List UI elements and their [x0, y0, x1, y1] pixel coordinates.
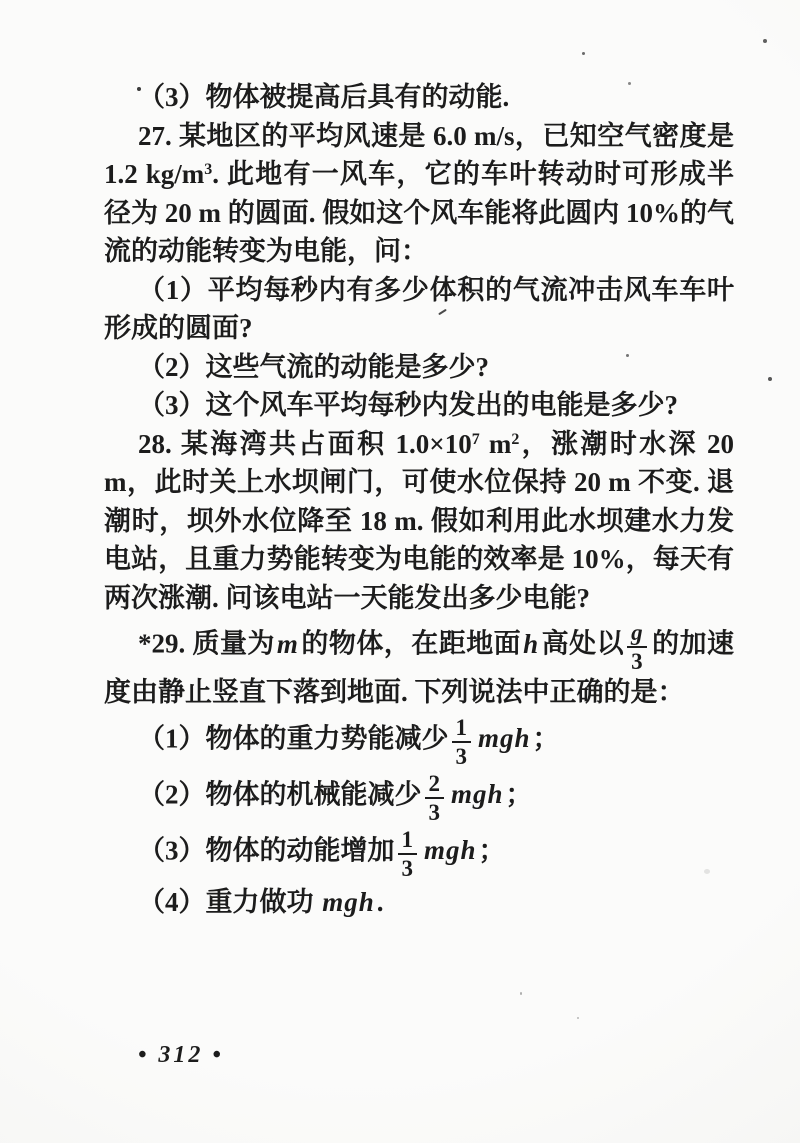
scan-speck: [582, 52, 585, 55]
text-run: （3）物体被提高后具有的动能.: [138, 82, 509, 112]
scan-speck: [626, 354, 629, 357]
text-run: （3）物体的动能增加: [138, 835, 395, 865]
paragraph-option-29-3: （3）物体的动能增加13mgh；: [104, 827, 734, 880]
fraction-denominator: 3: [452, 743, 472, 768]
scanned-page: （3）物体被提高后具有的动能.27. 某地区的平均风速是 6.0 m/s，已知空…: [0, 0, 800, 1143]
text-run: （1）物体的重力势能减少: [138, 723, 449, 753]
paragraph-option-29-2: （2）物体的机械能减少23mgh；: [104, 771, 734, 824]
fraction: 23: [425, 771, 445, 824]
text-run: （3）这个风车平均每秒内发出的电能是多少?: [138, 390, 678, 420]
fraction-denominator: 3: [627, 648, 647, 673]
paragraph-option-29-4: （4）重力做功 mgh.: [104, 883, 734, 922]
fraction: 13: [398, 827, 418, 880]
fraction: 13: [452, 715, 472, 768]
paragraph-problem-27: 27. 某地区的平均风速是 6.0 m/s，已知空气密度是 1.2 kg/m3.…: [104, 117, 734, 271]
scan-speck: [137, 87, 141, 91]
paragraph-question-27-3: （3）这个风车平均每秒内发出的电能是多少?: [104, 386, 734, 425]
text-run: 高处以: [541, 629, 624, 659]
text-run: （1）平均每秒内有多少体积的气流冲击风车车叶形成的圆面?: [104, 275, 734, 344]
paragraph-question-27-1: （1）平均每秒内有多少体积的气流冲击风车车叶形成的圆面?: [104, 271, 734, 348]
text-run: .: [377, 887, 384, 917]
scan-speck: [520, 992, 522, 995]
text-run: 28. 某海湾共占面积 1.0×10: [138, 429, 472, 459]
scan-speck: [704, 869, 710, 874]
scan-speck: [628, 82, 631, 85]
math-variable: h: [523, 629, 539, 659]
paragraph-item3-prev-problem: （3）物体被提高后具有的动能.: [104, 78, 734, 117]
fraction-numerator: 1: [398, 827, 418, 855]
page-number: • 312 •: [138, 1042, 224, 1069]
math-variable: mgh: [322, 887, 375, 917]
fraction-denominator: 3: [425, 799, 445, 824]
fraction-numerator: 1: [452, 715, 472, 743]
text-run: （2）这些气流的动能是多少?: [138, 352, 489, 382]
scan-speck: [768, 377, 772, 381]
math-variable: mgh: [451, 779, 504, 809]
scan-speck: [577, 1017, 579, 1019]
math-variable: mgh: [424, 835, 477, 865]
text-run: （2）物体的机械能减少: [138, 779, 422, 809]
page-text: （3）物体被提高后具有的动能.27. 某地区的平均风速是 6.0 m/s，已知空…: [104, 78, 734, 921]
fraction-numerator: g: [627, 620, 647, 648]
text-run: ；: [479, 835, 506, 865]
text-run: ；: [533, 723, 560, 753]
paragraph-option-29-1: （1）物体的重力势能减少13mgh；: [104, 715, 734, 768]
math-variable: mgh: [478, 723, 531, 753]
fraction: g3: [627, 620, 647, 673]
text-run: *29. 质量为: [138, 629, 275, 659]
paragraph-problem-29: *29. 质量为m的物体，在距地面h高处以g3的加速度由静止竖直下落到地面. 下…: [104, 620, 734, 712]
fraction-denominator: 3: [398, 855, 418, 880]
math-variable: m: [277, 629, 299, 659]
superscript: 7: [472, 431, 480, 448]
paragraph-problem-28: 28. 某海湾共占面积 1.0×107 m2，涨潮时水深 20 m，此时关上水坝…: [104, 425, 734, 618]
scan-speck: [763, 39, 767, 43]
text-run: ；: [506, 779, 533, 809]
text-run: （4）重力做功: [138, 887, 320, 917]
text-run: m: [480, 429, 512, 459]
text-run: 的物体，在距地面: [301, 629, 521, 659]
paragraph-question-27-2: （2）这些气流的动能是多少?: [104, 348, 734, 387]
fraction-numerator: 2: [425, 771, 445, 799]
